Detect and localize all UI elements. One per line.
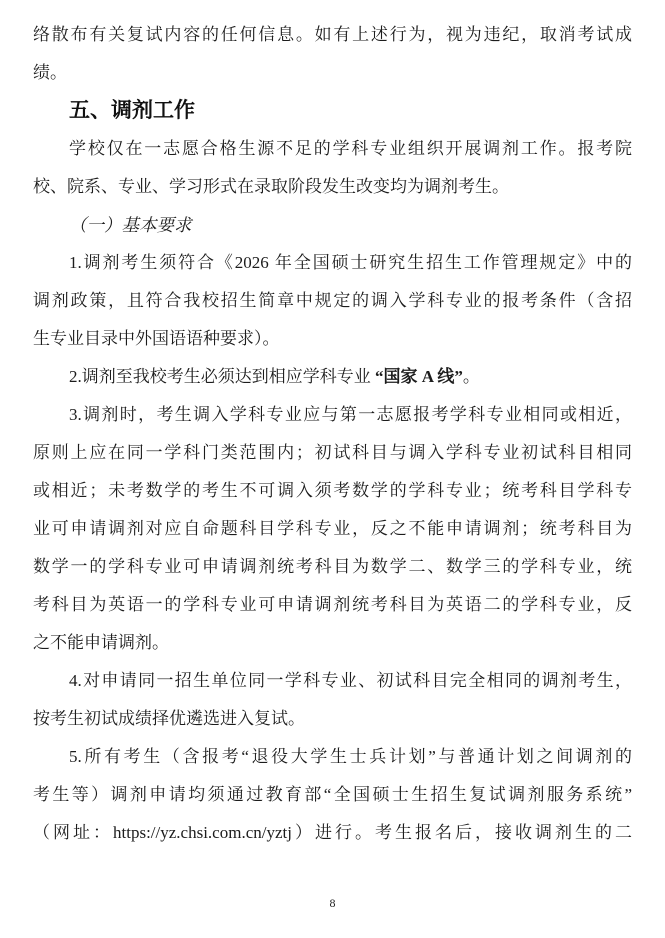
text-line: 数学一的学科专业可申请调剂统考科目为数学二、数学三的学科专业，统: [33, 548, 632, 586]
bold-phrase: “国家 A 线”: [375, 367, 463, 386]
text-line: 络散布有关复试内容的任何信息。如有上述行为，视为违纪，取消考试成: [33, 16, 632, 54]
document-page: 络散布有关复试内容的任何信息。如有上述行为，视为违纪，取消考试成绩。五、调剂工作…: [0, 0, 665, 938]
text-line: 按考生初试成绩择优遴选进入复试。: [33, 700, 632, 738]
text-line: 校、院系、专业、学习形式在录取阶段发生改变均为调剂考生。: [33, 168, 632, 206]
text-line: （网址：https://yz.chsi.com.cn/yztj）进行。考生报名后…: [33, 814, 632, 852]
text-segment: 2.调剂至我校考生必须达到相应学科专业: [69, 367, 375, 386]
text-line: 考科目为英语一的学科专业可申请调剂统考科目为英语二的学科专业，反: [33, 586, 632, 624]
page-number: 8: [0, 896, 665, 911]
text-line: 考生等）调剂申请均须通过教育部“全国硕士生招生复试调剂服务系统”: [33, 776, 632, 814]
text-line: 业可申请调剂对应自命题科目学科专业，反之不能申请调剂；统考科目为: [33, 510, 632, 548]
text-line: 原则上应在同一学科门类范围内；初试科目与调入学科专业初试科目相同: [33, 434, 632, 472]
text-line: 之不能申请调剂。: [33, 624, 632, 662]
text-line: 4.对申请同一招生单位同一学科专业、初试科目完全相同的调剂考生，: [33, 662, 632, 700]
text-line: 学校仅在一志愿合格生源不足的学科专业组织开展调剂工作。报考院: [33, 130, 632, 168]
text-line: 1.调剂考生须符合《2026 年全国硕士研究生招生工作管理规定》中的: [33, 244, 632, 282]
subsection-heading: （一）基本要求: [33, 206, 632, 244]
text-line: 调剂政策，且符合我校招生简章中规定的调入学科专业的报考条件（含招: [33, 282, 632, 320]
section-heading: 五、调剂工作: [33, 92, 632, 130]
text-line: 或相近；未考数学的考生不可调入须考数学的学科专业；统考科目学科专: [33, 472, 632, 510]
text-line: 绩。: [33, 54, 632, 92]
document-body: 络散布有关复试内容的任何信息。如有上述行为，视为违纪，取消考试成绩。五、调剂工作…: [33, 16, 632, 852]
text-line: 3.调剂时，考生调入学科专业应与第一志愿报考学科专业相同或相近，: [33, 396, 632, 434]
text-line: 5.所有考生（含报考“退役大学生士兵计划”与普通计划之间调剂的: [33, 738, 632, 776]
text-line: 生专业目录中外国语语种要求）。: [33, 320, 632, 358]
text-line: 2.调剂至我校考生必须达到相应学科专业 “国家 A 线”。: [33, 358, 632, 396]
text-segment: 。: [463, 367, 480, 386]
